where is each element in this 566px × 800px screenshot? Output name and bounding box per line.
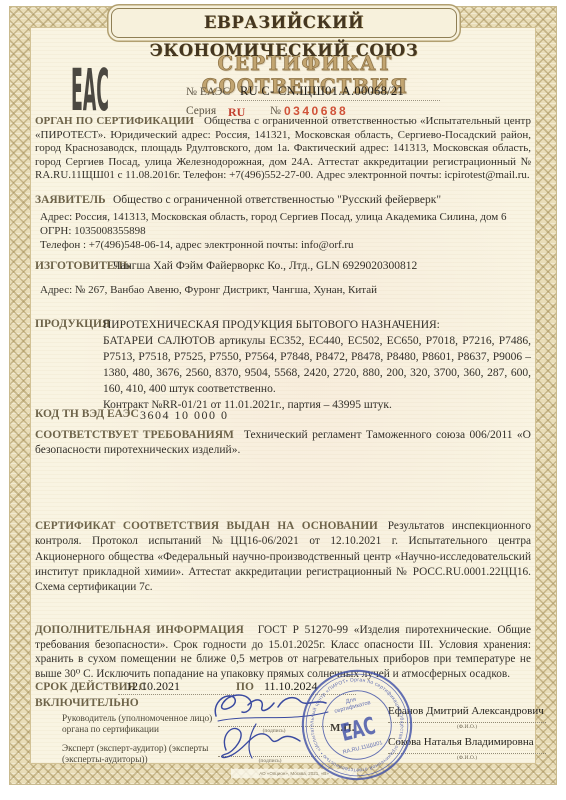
certificate-page: ЕВРАЗИЙСКИЙ ЭКОНОМИЧЕСКИЙ СОЮЗ ЕАС СЕРТИ… [0,0,566,800]
cert-number-label: № ЕАЭС [186,86,230,98]
manufacturer-name: Чангша Хай Фэйм Файерворкс Ко., Лтд., GL… [113,260,417,272]
product-category: ПИРОТЕХНИЧЕСКАЯ ПРОДУКЦИЯ БЫТОВОГО НАЗНА… [103,317,531,333]
section-requirements: СООТВЕТСТВУЕТ ТРЕБОВАНИЯМТехнический рег… [35,428,531,458]
product-label: ПРОДУКЦИЯ [35,318,110,330]
applicant-name: Общество с ограниченной ответственностью… [113,194,441,206]
applicant-address: Адрес: Россия, 141313, Московская област… [40,211,507,223]
tnved-value: 3604 10 000 0 [140,408,229,423]
applicant-phone: Телефон : +7(496)548-06-14, адрес электр… [40,239,354,251]
applicant-ogrn: ОГРН: 1035008355898 [40,225,146,237]
eac-logo: ЕАС [70,56,112,121]
tnved-label: КОД ТН ВЭД ЕАЭС [35,408,139,420]
additional-info-label: ДОПОЛНИТЕЛЬНАЯ ИНФОРМАЦИЯ [35,624,244,636]
manufacturer-address: Адрес: № 267, Ванбао Авеню, Фуронг Дистр… [40,284,377,296]
certification-body-label: ОРГАН ПО СЕРТИФИКАЦИИ [35,115,194,127]
cert-number-underline [234,86,440,101]
section-certification-body: ОРГАН ПО СЕРТИФИКАЦИИОбщества с ограниче… [35,115,531,183]
validity-inclusive-label: ВКЛЮЧИТЕЛЬНО [35,697,139,709]
basis-label: СЕРТИФИКАТ СООТВЕТСТВИЯ ВЫДАН НА ОСНОВАН… [35,520,378,532]
product-block: ПИРОТЕХНИЧЕСКАЯ ПРОДУКЦИЯ БЫТОВОГО НАЗНА… [103,317,531,413]
eaeu-banner: ЕВРАЗИЙСКИЙ ЭКОНОМИЧЕСКИЙ СОЮЗ [111,8,457,38]
eac-logo-text: ЕАС [71,56,109,116]
head-role-label: Руководитель (уполномоченное лицо) орган… [62,714,230,736]
expert-signature [212,722,312,767]
section-additional-info: ДОПОЛНИТЕЛЬНАЯ ИНФОРМАЦИЯГОСТ Р 51270-99… [35,623,531,681]
product-articles: БАТАРЕИ САЛЮТОВ артикулы EC352, EC440, E… [103,333,531,397]
section-basis: СЕРТИФИКАТ СООТВЕТСТВИЯ ВЫДАН НА ОСНОВАН… [35,519,531,595]
requirements-label: СООТВЕТСТВУЕТ ТРЕБОВАНИЯМ [35,429,234,441]
union-name: ЕВРАЗИЙСКИЙ ЭКОНОМИЧЕСКИЙ СОЮЗ [150,13,419,60]
applicant-label: ЗАЯВИТЕЛЬ [35,194,106,206]
